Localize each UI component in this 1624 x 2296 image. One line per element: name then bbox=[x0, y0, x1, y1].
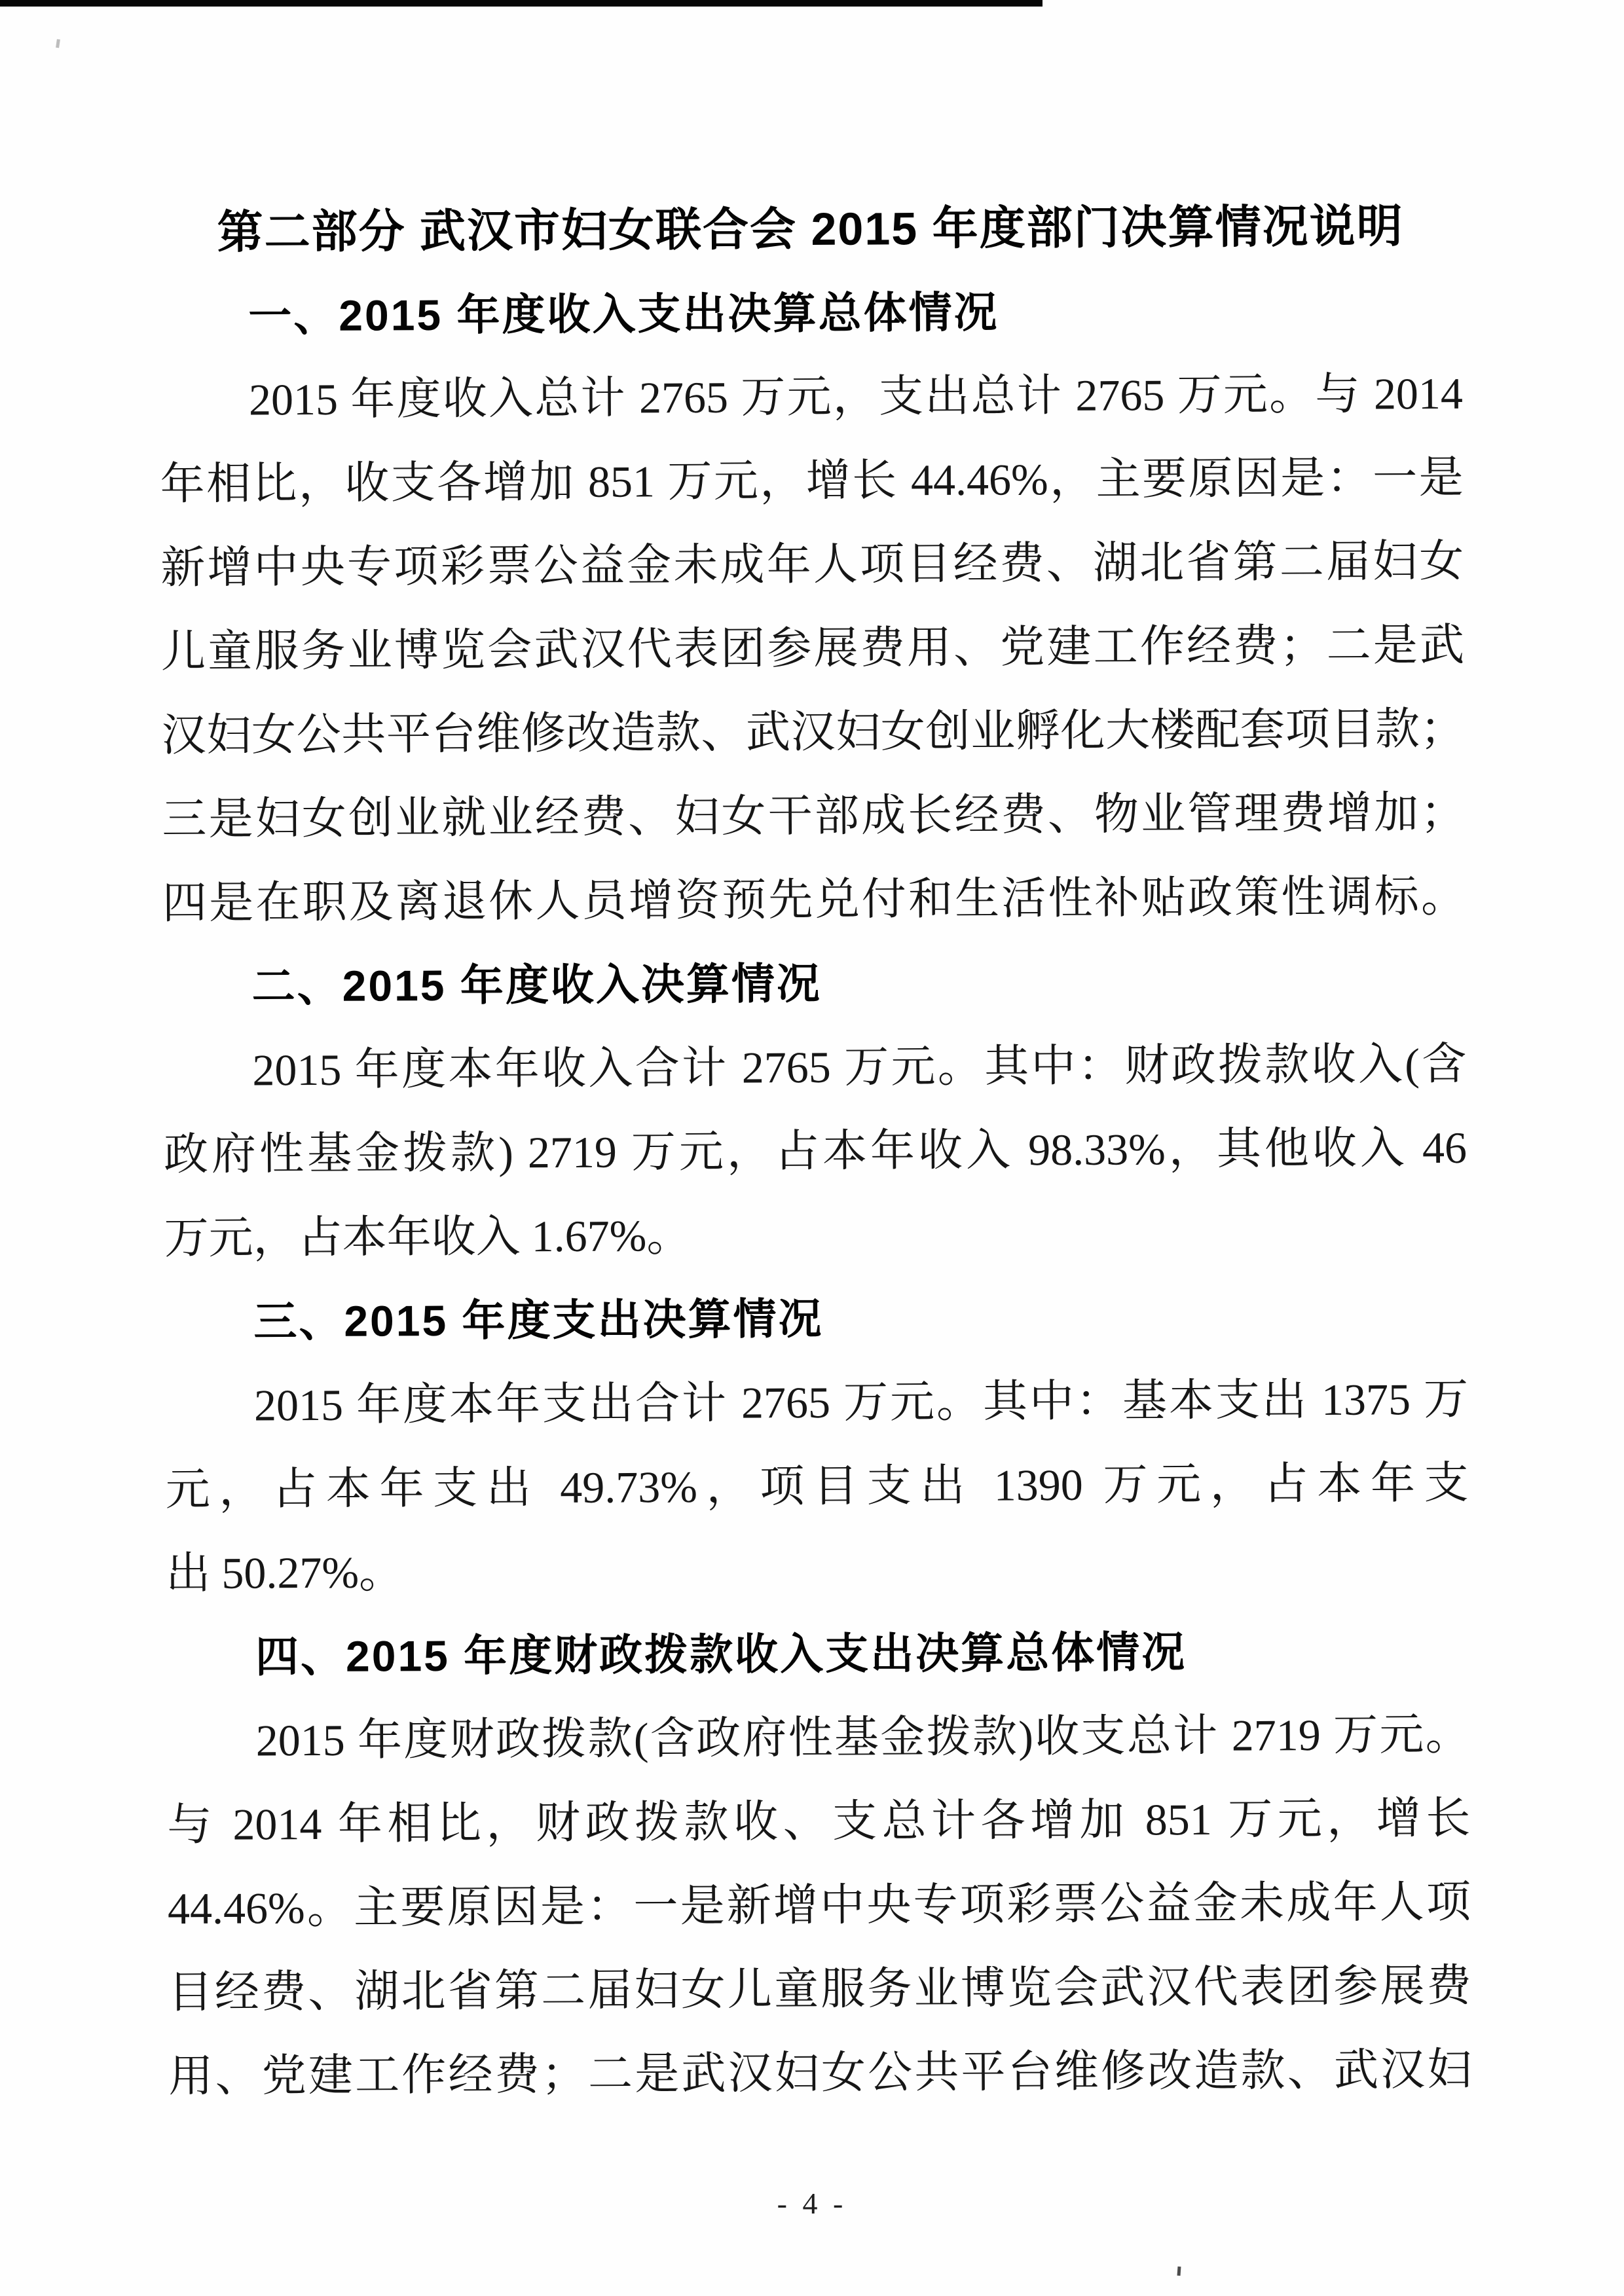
section-1-heading: 一、2015 年度收入支出决算总体情况 bbox=[159, 268, 1463, 358]
paragraph-line: 与 2014 年相比，财政拨款收、支总计各增加 851 万元，增长 bbox=[167, 1776, 1471, 1867]
paragraph-line: 44.46%。主要原因是：一是新增中央专项彩票公益金未成年人项 bbox=[168, 1860, 1471, 1950]
paragraph-line: 出 50.27%。 bbox=[166, 1525, 1469, 1615]
paragraph-line: 用、党建工作经费；二是武汉妇女公共平台维修改造款、武汉妇 bbox=[168, 2028, 1472, 2118]
paragraph-line: 万元，占本年收入 1.67%。 bbox=[164, 1190, 1467, 1280]
page-number: - 4 - bbox=[0, 2187, 1624, 2221]
paragraph-line: 目经费、湖北省第二届妇女儿童服务业博览会武汉代表团参展费 bbox=[168, 1944, 1471, 2034]
paragraph-line: 政府性基金拨款) 2719 万元，占本年收入 98.33%，其他收入 46 bbox=[164, 1106, 1467, 1196]
paragraph-line: 新增中央专项彩票公益金未成年人项目经费、湖北省第二届妇女 bbox=[160, 519, 1464, 610]
document-body: 第二部分 武汉市妇女联合会 2015 年度部门决算情况说明 一、2015 年度收… bbox=[158, 184, 1471, 2118]
paragraph-line: 2015 年度本年收入合计 2765 万元。其中：财政拨款收入(含 bbox=[163, 1022, 1467, 1112]
section-3-heading: 三、2015 年度支出决算情况 bbox=[164, 1273, 1468, 1364]
scan-speck bbox=[1177, 2267, 1181, 2276]
scan-edge-artifact bbox=[0, 0, 1043, 7]
scanned-document-page: 第二部分 武汉市妇女联合会 2015 年度部门决算情况说明 一、2015 年度收… bbox=[0, 0, 1624, 2296]
paragraph-line: 2015 年度本年支出合计 2765 万元。其中：基本支出 1375 万 bbox=[165, 1357, 1469, 1448]
paragraph-line: 2015 年度财政拨款(含政府性基金拨款)收支总计 2719 万元。 bbox=[166, 1692, 1470, 1783]
paragraph-line: 三是妇女创业就业经费、妇女干部成长经费、物业管理费增加； bbox=[162, 771, 1466, 861]
scan-speck bbox=[56, 39, 60, 48]
paragraph-line: 汉妇女公共平台维修改造款、武汉妇女创业孵化大楼配套项目款； bbox=[161, 687, 1465, 777]
paragraph-line: 儿童服务业博览会武汉代表团参展费用、党建工作经费；二是武 bbox=[161, 603, 1465, 693]
section-2-heading: 二、2015 年度收入决算情况 bbox=[162, 938, 1466, 1029]
section-4-heading: 四、2015 年度财政拨款收入支出决算总体情况 bbox=[166, 1609, 1470, 1699]
paragraph-line: 年相比，收支各增加 851 万元，增长 44.46%，主要原因是：一是 bbox=[160, 435, 1464, 526]
document-title: 第二部分 武汉市妇女联合会 2015 年度部门决算情况说明 bbox=[158, 184, 1462, 274]
paragraph-line: 元，占本年支出 49.73%，项目支出 1390 万元，占本年支 bbox=[165, 1441, 1469, 1531]
paragraph-line: 四是在职及离退休人员增资预先兑付和生活性补贴政策性调标。 bbox=[162, 854, 1466, 945]
paragraph-line: 2015 年度收入总计 2765 万元，支出总计 2765 万元。与 2014 bbox=[160, 352, 1464, 442]
